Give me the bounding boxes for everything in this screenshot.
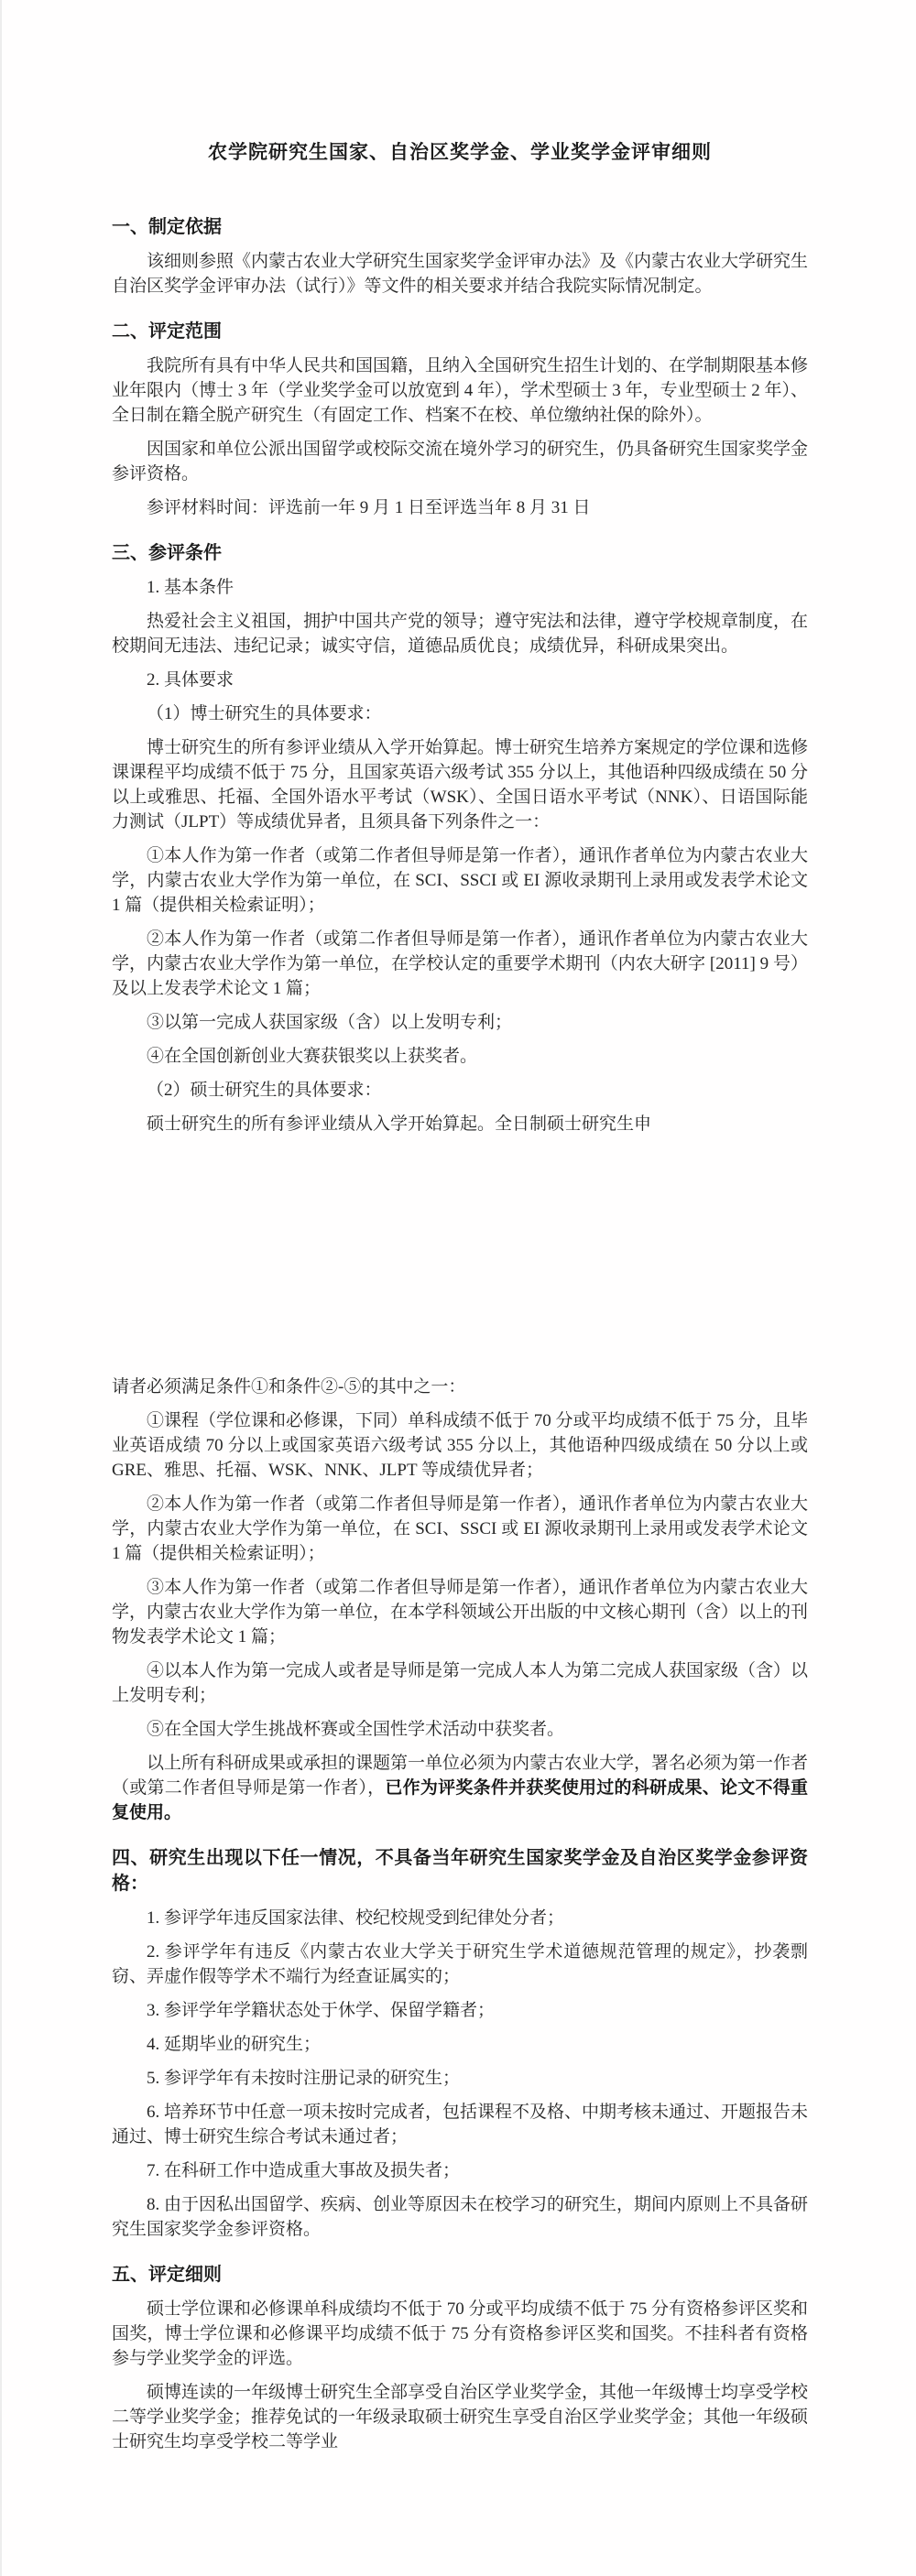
document-page: 农学院研究生国家、自治区奖学金、学业奖学金评审细则 一、制定依据 该细则参照《内… (0, 0, 916, 2576)
paragraph: 硕士研究生的所有参评业绩从入学开始算起。全日制硕士研究生申 (112, 1112, 808, 1136)
paragraph: ①本人作为第一作者（或第二作者但导师是第一作者），通讯作者单位为内蒙古农业大学，… (112, 843, 808, 918)
paragraph: 参评材料时间：评选前一年 9 月 1 日至评选当年 8 月 31 日 (112, 495, 808, 520)
paragraph-with-emphasis: 以上所有科研成果或承担的课题第一单位必须为内蒙古农业大学，署名必须为第一作者（或… (112, 1751, 808, 1825)
document-title: 农学院研究生国家、自治区奖学金、学业奖学金评审细则 (112, 137, 808, 165)
paragraph: 1. 基本条件 (112, 575, 808, 600)
paragraph: 4. 延期毕业的研究生； (112, 2032, 808, 2057)
paragraph: 硕士学位课和必修课单科成绩均不低于 70 分或平均成绩不低于 75 分有资格参评… (112, 2297, 808, 2371)
paragraph: 7. 在科研工作中造成重大事故及损失者； (112, 2158, 808, 2183)
paragraph: 因国家和单位公派出国留学或校际交流在境外学习的研究生，仍具备研究生国家奖学金参评… (112, 437, 808, 486)
section-heading-5: 五、评定细则 (112, 2262, 808, 2288)
paragraph-continuation: 请者必须满足条件①和条件②-⑤的其中之一： (112, 1375, 808, 1399)
paragraph: ③本人作为第一作者（或第二作者但导师是第一作者），通讯作者单位为内蒙古农业大学，… (112, 1575, 808, 1649)
section-heading-2: 二、评定范围 (112, 319, 808, 344)
paragraph: ②本人作为第一作者（或第二作者但导师是第一作者），通讯作者单位为内蒙古农业大学，… (112, 927, 808, 1001)
section-heading-1: 一、制定依据 (112, 214, 808, 240)
paragraph: 2. 具体要求 (112, 668, 808, 692)
paragraph: 5. 参评学年有未按时注册记录的研究生； (112, 2066, 808, 2091)
paragraph: （1）博士研究生的具体要求： (112, 701, 808, 726)
page-break-gap (112, 1146, 808, 1365)
paragraph: ②本人作为第一作者（或第二作者但导师是第一作者），通讯作者单位为内蒙古农业大学，… (112, 1492, 808, 1566)
paragraph: （2）硕士研究生的具体要求： (112, 1078, 808, 1103)
paragraph: ④在全国创新创业大赛获银奖以上获奖者。 (112, 1044, 808, 1069)
paragraph: 8. 由于因私出国留学、疾病、创业等原因未在校学习的研究生，期间内原则上不具备研… (112, 2192, 808, 2242)
section-heading-4: 四、研究生出现以下任一情况，不具备当年研究生国家奖学金及自治区奖学金参评资格： (112, 1845, 808, 1897)
paragraph: 1. 参评学年违反国家法律、校纪校规受到纪律处分者； (112, 1906, 808, 1930)
paragraph: 热爱社会主义祖国，拥护中国共产党的领导；遵守宪法和法律，遵守学校规章制度，在校期… (112, 609, 808, 658)
paragraph: 硕博连读的一年级博士研究生全部享受自治区学业奖学金，其他一年级博士均享受学校二等… (112, 2380, 808, 2454)
paragraph: ⑤在全国大学生挑战杯赛或全国性学术活动中获奖者。 (112, 1717, 808, 1742)
paragraph: 2. 参评学年有违反《内蒙古农业大学关于研究生学术道德规范管理的规定》，抄袭剽窃… (112, 1940, 808, 1989)
paragraph: 3. 参评学年学籍状态处于休学、保留学籍者； (112, 1998, 808, 2023)
paragraph: 我院所有具有中华人民共和国国籍，且纳入全国研究生招生计划的、在学制期限基本修业年… (112, 353, 808, 428)
paragraph: 该细则参照《内蒙古农业大学研究生国家奖学金评审办法》及《内蒙古农业大学研究生自治… (112, 249, 808, 299)
paragraph: ③以第一完成人获国家级（含）以上发明专利； (112, 1010, 808, 1035)
paragraph: ①课程（学位课和必修课，下同）单科成绩不低于 70 分或平均成绩不低于 75 分… (112, 1408, 808, 1483)
paragraph: 博士研究生的所有参评业绩从入学开始算起。博士研究生培养方案规定的学位课和选修课课… (112, 735, 808, 834)
section-heading-3: 三、参评条件 (112, 540, 808, 566)
paragraph: 6. 培养环节中任意一项未按时完成者，包括课程不及格、中期考核未通过、开题报告未… (112, 2100, 808, 2149)
paragraph: ④以本人作为第一完成人或者是导师是第一完成人本人为第二完成人获国家级（含）以上发… (112, 1658, 808, 1708)
